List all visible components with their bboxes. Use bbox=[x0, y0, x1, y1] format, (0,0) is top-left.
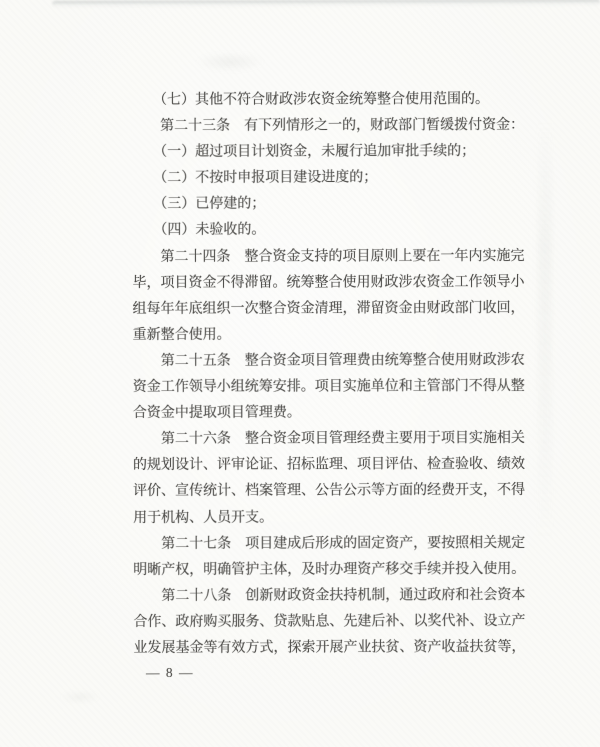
doc-line-clause-7: （七）其他不符合财政涉农资金统筹整合使用范围的。 bbox=[132, 87, 562, 114]
doc-line-article-28: 第二十八条 创新财政资金扶持机制，通过政府和社会资本 bbox=[133, 583, 563, 610]
doc-line: 组每年年底组织一次整合资金清理，滞留资金由财政部门收回， bbox=[133, 296, 563, 323]
doc-line-item-1: （一）超过项目计划资金，未履行追加审批手续的； bbox=[132, 139, 562, 166]
scan-smudge-artifact bbox=[195, 52, 265, 72]
doc-line: 重新整合使用。 bbox=[133, 322, 563, 349]
scanned-document-page: （七）其他不符合财政涉农资金统筹整合使用范围的。 第二十三条 有下列情形之一的，… bbox=[0, 0, 600, 747]
doc-line-article-23: 第二十三条 有下列情形之一的，财政部门暂缓拨付资金： bbox=[132, 113, 562, 140]
doc-line: 用于机构、人员开支。 bbox=[133, 504, 563, 531]
doc-line: 明晰产权，明确管护主体，及时办理资产移交手续并投入使用。 bbox=[133, 557, 563, 584]
document-text-block: （七）其他不符合财政涉农资金统筹整合使用范围的。 第二十三条 有下列情形之一的，… bbox=[132, 87, 564, 662]
doc-line: 合作、政府购买服务、贷款贴息、先建后补、以奖代补、设立产 bbox=[133, 609, 563, 636]
doc-line-item-3: （三）已停建的； bbox=[132, 191, 562, 218]
doc-line-article-27: 第二十七条 项目建成后形成的固定资产，要按照相关规定 bbox=[133, 530, 563, 557]
doc-line-item-2: （二）不按时申报项目建设进度的； bbox=[132, 165, 562, 192]
scan-smudge-artifact bbox=[60, 690, 100, 704]
doc-line-article-24: 第二十四条 整合资金支持的项目原则上要在一年内实施完 bbox=[132, 243, 562, 270]
doc-line: 资金工作领导小组统筹安排。项目实施单位和主管部门不得从整 bbox=[133, 374, 563, 401]
doc-line: 毕，项目资金不得滞留。统筹整合使用财政涉农资金工作领导小 bbox=[132, 270, 562, 297]
doc-line-article-25: 第二十五条 整合资金项目管理费由统筹整合使用财政涉农 bbox=[133, 348, 563, 375]
doc-line: 的规划设计、评审论证、招标监理、项目评估、检查验收、绩效 bbox=[133, 452, 563, 479]
doc-line: 评价、宣传统计、档案管理、公告公示等方面的经费开支，不得 bbox=[133, 478, 563, 505]
doc-line: 业发展基金等有效方式，探索开展产业扶贫、资产收益扶贫等， bbox=[133, 635, 563, 662]
doc-line-item-4: （四）未验收的。 bbox=[132, 217, 562, 244]
doc-line: 合资金中提取项目管理费。 bbox=[133, 400, 563, 427]
doc-line-article-26: 第二十六条 整合资金项目管理经费主要用于项目实施相关 bbox=[133, 426, 563, 453]
scan-streak-artifact bbox=[52, 0, 600, 8]
page-number: — 8 — bbox=[146, 662, 194, 684]
